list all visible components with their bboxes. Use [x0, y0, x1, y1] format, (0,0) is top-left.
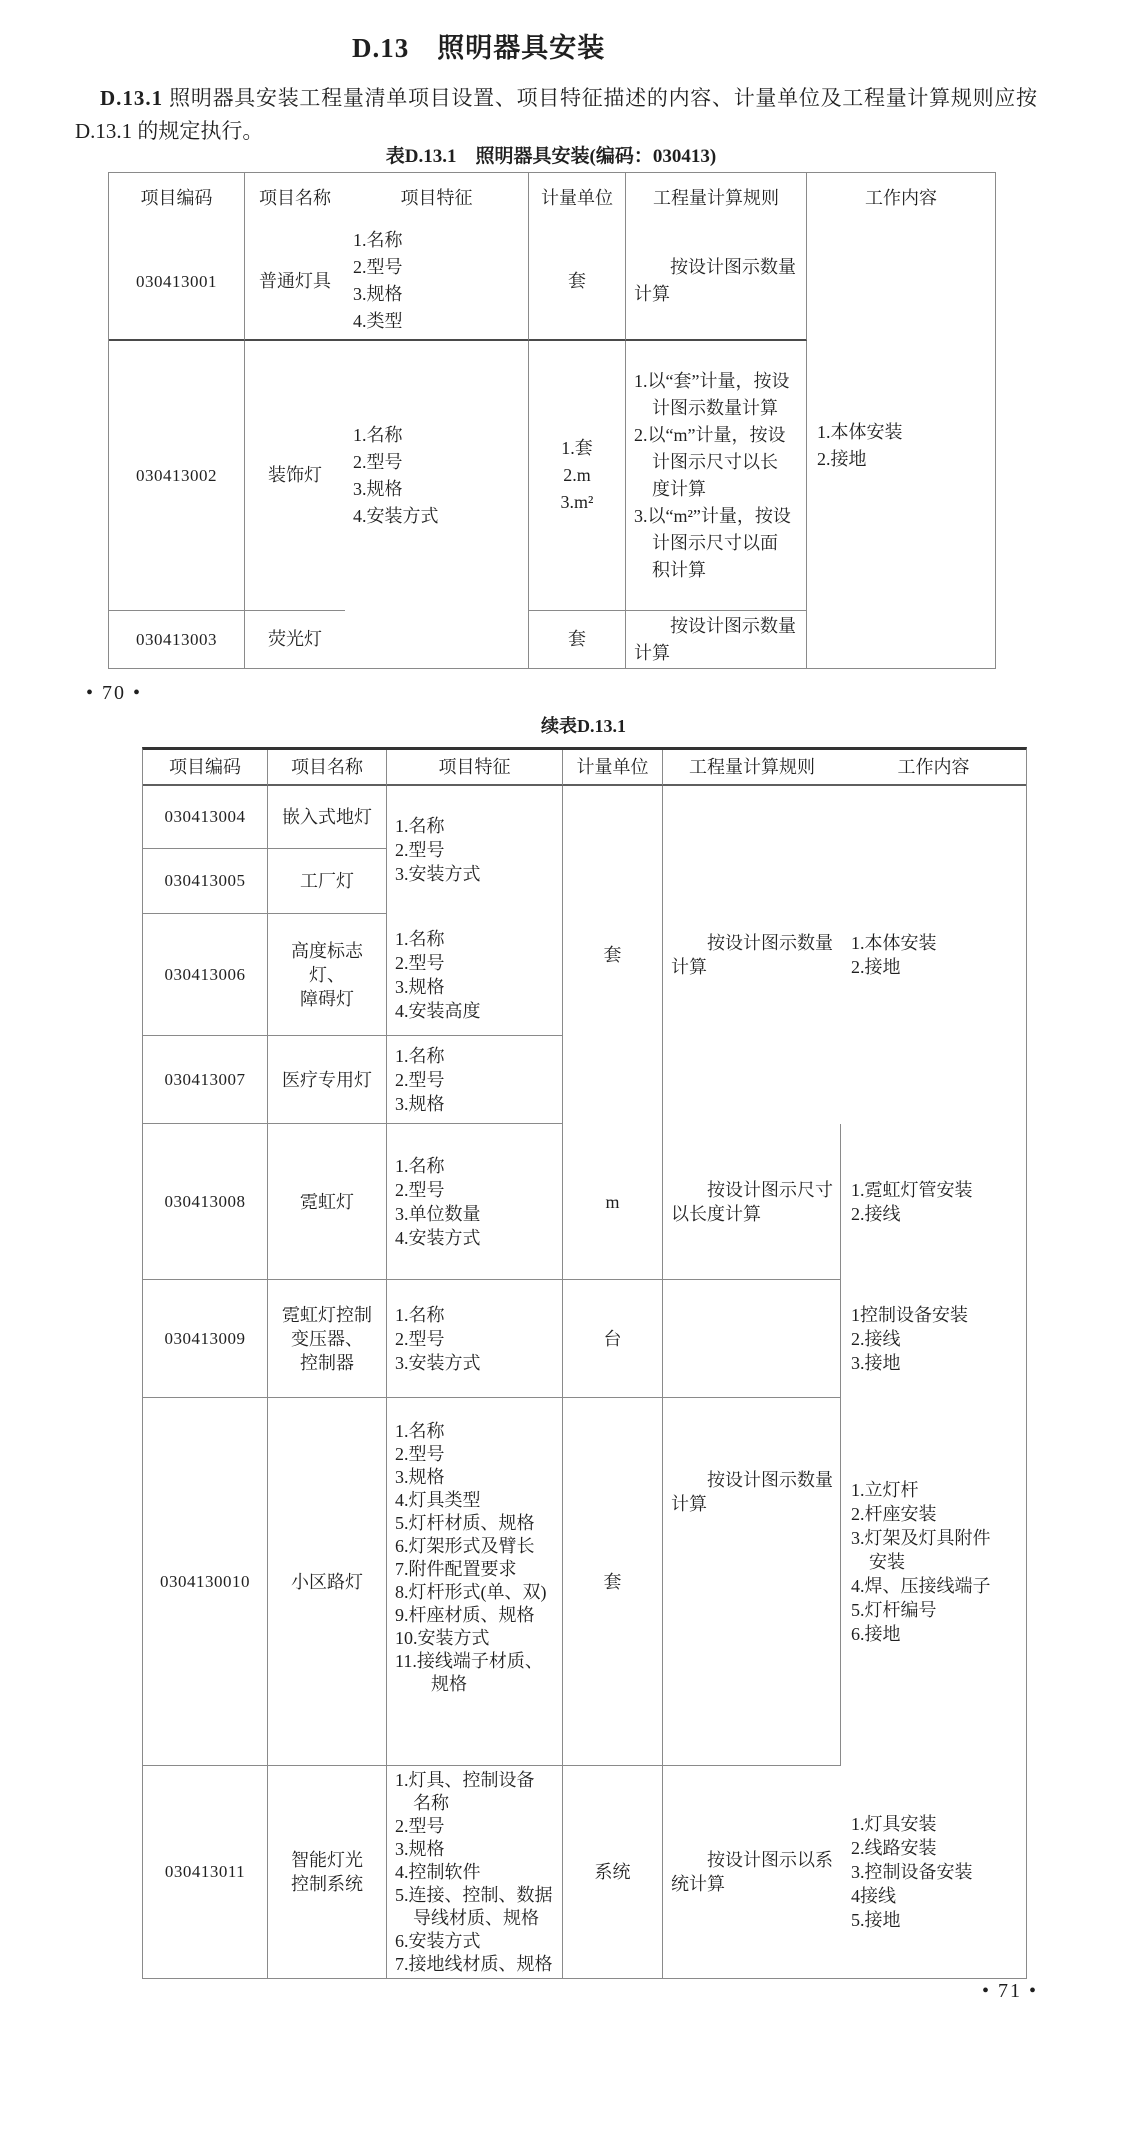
cell-code-030413004: 030413004 [143, 786, 268, 849]
col-header-item-code: 项目编码 [109, 173, 245, 223]
cell-features-030413002: 1.名称 2.型号 3.规格 4.安装方式 [345, 341, 529, 611]
clause-text: 照明器具安装工程量清单项目设置、项目特征描述的内容、计量单位及工程量计算规则应按… [75, 86, 1037, 143]
cell-work-030413004-007: 1.本体安装 2.接地 [841, 786, 1026, 1124]
cell-rule-030413004-007: 按设计图示数量 计算 [663, 786, 841, 1124]
cell-name-030413006: 高度标志灯、 障碍灯 [268, 914, 387, 1036]
row-030413004: 030413004 嵌入式地灯 1.名称 2.型号 3.安装方式 套 按设计图示… [143, 786, 1026, 849]
cell-features-030413004-005: 1.名称 2.型号 3.安装方式 [387, 786, 563, 914]
table2-header-row: 项目编码 项目名称 项目特征 计量单位 工程量计算规则 工作内容 [143, 750, 1026, 786]
cell-unit-030413011: 系统 [563, 1766, 663, 1978]
cell-name-030413007: 医疗专用灯 [268, 1036, 387, 1124]
cell-code-030413006: 030413006 [143, 914, 268, 1036]
clause-number: D.13.1 [100, 86, 163, 110]
col-header-unit: 计量单位 [529, 173, 626, 223]
col-header-item-name: 项目名称 [268, 750, 387, 786]
cell-features-030413001: 1.名称 2.型号 3.规格 4.类型 [345, 223, 529, 341]
cell-work-content-merged: 1.本体安装 2.接地 [807, 223, 995, 668]
cell-work-030413009: 1控制设备安装 2.接线 3.接地 [841, 1280, 1026, 1398]
row-0304130010: 0304130010 小区路灯 1.名称 2.型号 3.规格 4.灯具类型 5.… [143, 1398, 1026, 1766]
cell-name-030413002: 装饰灯 [245, 341, 345, 611]
cell-name-030413008: 霓虹灯 [268, 1124, 387, 1280]
cell-work-030413008: 1.霓虹灯管安装 2.接线 [841, 1124, 1026, 1280]
col-header-item-features: 项目特征 [345, 173, 529, 223]
cell-name-030413004: 嵌入式地灯 [268, 786, 387, 849]
cell-work-030413011: 1.灯具安装 2.线路安装 3.控制设备安装 4接线 5.接地 [841, 1766, 1026, 1978]
intro-paragraph: D.13.1 照明器具安装工程量清单项目设置、项目特征描述的内容、计量单位及工程… [75, 82, 1037, 148]
cell-name-030413003: 荧光灯 [245, 611, 345, 668]
cell-code-030413002: 030413002 [109, 341, 245, 611]
table2-caption: 续表D.13.1 [142, 712, 1025, 738]
cell-rule-030413003: 按设计图示数量 计算 [626, 611, 807, 668]
row-030413008: 030413008 霓虹灯 1.名称 2.型号 3.单位数量 4.安装方式 m … [143, 1124, 1026, 1280]
table1-caption: 表D.13.1 照明器具安装(编码：030413) [108, 141, 994, 168]
cell-name-0304130010: 小区路灯 [268, 1398, 387, 1766]
section-title: D.13 照明器具安装 [352, 26, 605, 65]
cell-features-030413007: 1.名称 2.型号 3.规格 [387, 1036, 563, 1124]
cell-unit-0304130010: 套 [563, 1398, 663, 1766]
cell-work-0304130010: 1.立灯杆 2.杆座安装 3.灯架及灯具附件 安装 4.焊、压接线端子 5.灯杆… [841, 1398, 1026, 1766]
cell-code-030413008: 030413008 [143, 1124, 268, 1280]
col-header-unit: 计量单位 [563, 750, 663, 786]
cell-features-030413006: 1.名称 2.型号 3.规格 4.安装高度 [387, 914, 563, 1036]
row-030413009: 030413009 霓虹灯控制 变压器、 控制器 1.名称 2.型号 3.安装方… [143, 1280, 1026, 1398]
col-header-work-content: 工作内容 [807, 173, 995, 223]
cell-unit-030413004-007: 套 [563, 786, 663, 1124]
cell-code-030413007: 030413007 [143, 1036, 268, 1124]
cell-code-030413003: 030413003 [109, 611, 245, 668]
cell-rule-030413011: 按设计图示以系 统计算 [663, 1766, 841, 1978]
cell-features-030413011: 1.灯具、控制设备 名称 2.型号 3.规格 4.控制软件 5.连接、控制、数据… [387, 1766, 563, 1978]
page-number-70: • 70 • [86, 682, 142, 705]
cell-rule-030413009 [663, 1280, 841, 1398]
row-030413011: 030413011 智能灯光 控制系统 1.灯具、控制设备 名称 2.型号 3.… [143, 1766, 1026, 1978]
cell-rule-0304130010: 按设计图示数量 计算 [663, 1398, 841, 1766]
cell-rule-030413008: 按设计图示尺寸 以长度计算 [663, 1124, 841, 1280]
table-lighting-fixtures: 项目编码 项目名称 项目特征 计量单位 工程量计算规则 工作内容 0304130… [108, 172, 996, 669]
col-header-item-features: 项目特征 [387, 750, 563, 786]
cell-unit-030413002: 1.套 2.m 3.m² [529, 341, 626, 611]
col-header-item-code: 项目编码 [143, 750, 268, 786]
cell-code-030413011: 030413011 [143, 1766, 268, 1978]
cell-code-030413005: 030413005 [143, 849, 268, 914]
cell-features-030413009: 1.名称 2.型号 3.安装方式 [387, 1280, 563, 1398]
cell-features-030413003 [345, 611, 529, 668]
table1-header-row: 项目编码 项目名称 项目特征 计量单位 工程量计算规则 工作内容 [109, 173, 995, 223]
cell-unit-030413001: 套 [529, 223, 626, 341]
cell-unit-030413009: 台 [563, 1280, 663, 1398]
cell-features-0304130010: 1.名称 2.型号 3.规格 4.灯具类型 5.灯杆材质、规格 6.灯架形式及臂… [387, 1398, 563, 1766]
cell-unit-030413003: 套 [529, 611, 626, 668]
col-header-work-content: 工作内容 [841, 750, 1026, 786]
table-lighting-fixtures-continued: 项目编码 项目名称 项目特征 计量单位 工程量计算规则 工作内容 0304130… [142, 747, 1027, 1979]
col-header-item-name: 项目名称 [245, 173, 345, 223]
row-030413001: 030413001 普通灯具 1.名称 2.型号 3.规格 4.类型 套 按设计… [109, 223, 995, 341]
cell-features-030413008: 1.名称 2.型号 3.单位数量 4.安装方式 [387, 1124, 563, 1280]
scanned-standard-page: { "page": { "title": "D.13 照明器具安装", "par… [0, 0, 1136, 2132]
page-number-71: • 71 • [982, 1980, 1038, 2003]
cell-name-030413009: 霓虹灯控制 变压器、 控制器 [268, 1280, 387, 1398]
cell-unit-030413008: m [563, 1124, 663, 1280]
cell-name-030413011: 智能灯光 控制系统 [268, 1766, 387, 1978]
col-header-calc-rule: 工程量计算规则 [626, 173, 807, 223]
cell-name-030413001: 普通灯具 [245, 223, 345, 341]
col-header-calc-rule: 工程量计算规则 [663, 750, 841, 786]
cell-code-030413001: 030413001 [109, 223, 245, 341]
cell-rule-030413001: 按设计图示数量 计算 [626, 223, 807, 341]
cell-rule-030413002: 1.以“套”计量，按设 计图示数量计算 2.以“m”计量，按设 计图示尺寸以长 … [626, 341, 807, 611]
cell-code-030413009: 030413009 [143, 1280, 268, 1398]
cell-code-0304130010: 0304130010 [143, 1398, 268, 1766]
cell-name-030413005: 工厂灯 [268, 849, 387, 914]
